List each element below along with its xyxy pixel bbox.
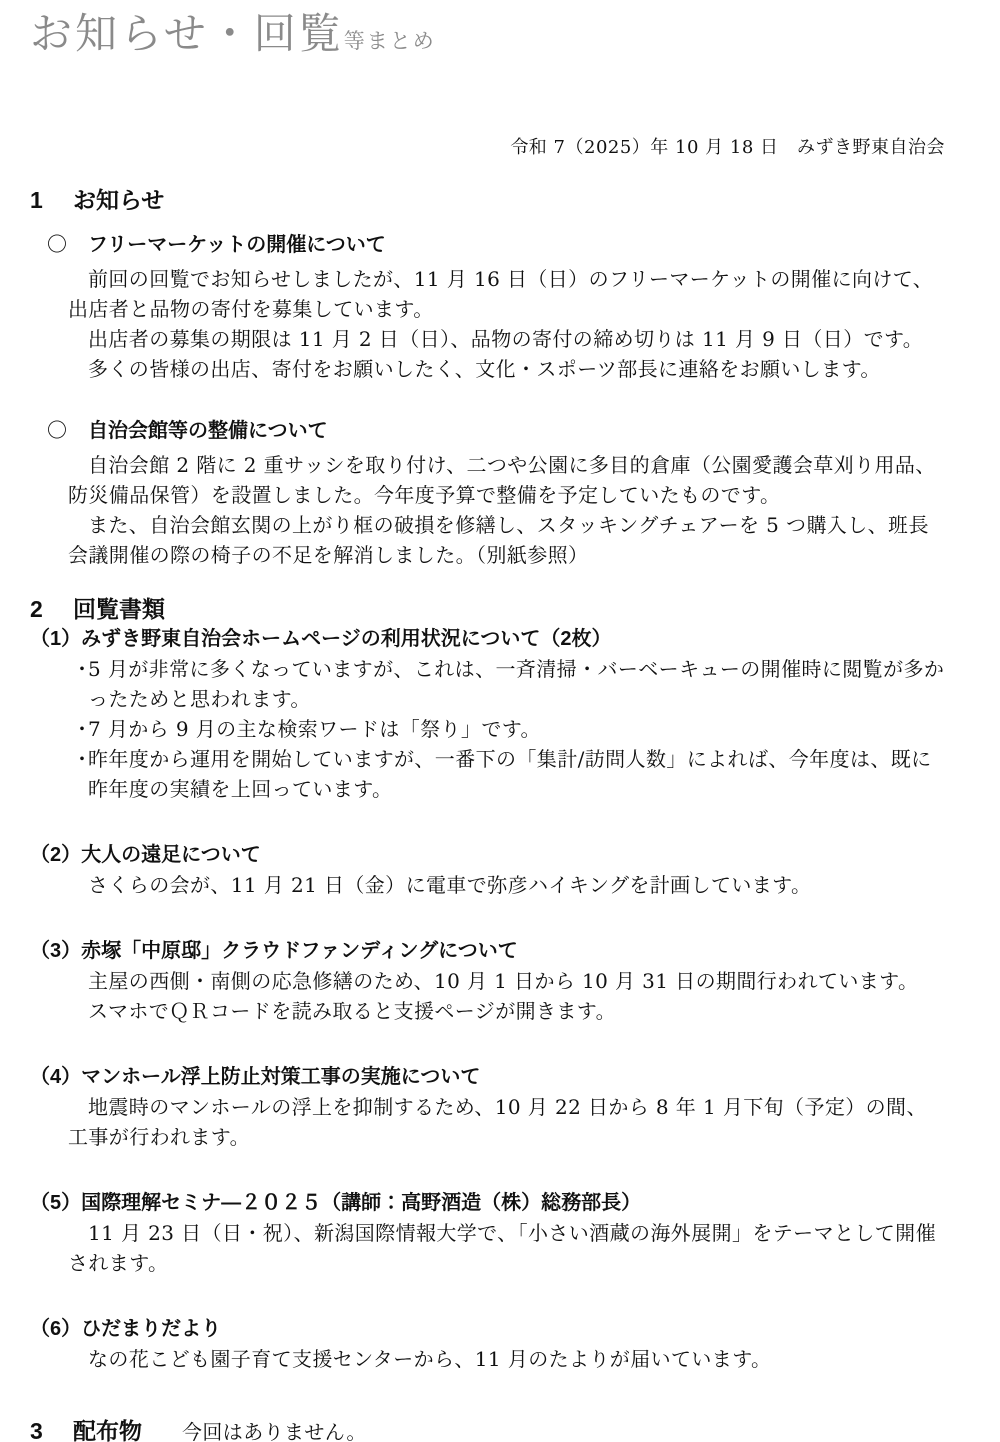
page-title: お知らせ・回覧等まとめ [30, 8, 945, 68]
circulated-item-title: ひだまりだより [81, 1314, 221, 1344]
notice-paragraph: 多くの皆様の出店、寄付をお願いしたく、文化・スポーツ部長に連絡をお願いします。 [68, 354, 945, 384]
section-circulated-heading: 2 回覧書類 [30, 594, 945, 624]
notice-paragraph: 出店者の募集の期限は 11 月 2 日（日）、品物の寄付の締め切りは 11 月 … [68, 324, 945, 354]
notice-item-title: フリーマーケットの開催について [88, 230, 386, 260]
circle-bullet-icon: 〇 [47, 416, 88, 446]
item-number-label: （4） [30, 1062, 81, 1092]
bullet-point: ・ 5 月が非常に多くなっていますが、これは、一斉清掃・バーベーキューの開催時に… [72, 654, 945, 714]
item-number-label: （2） [30, 840, 81, 870]
bullet-text: 5 月が非常に多くなっていますが、これは、一斉清掃・バーベーキューの開催時に閲覧… [88, 654, 945, 714]
page-title-main: お知らせ・回覧 [30, 10, 344, 57]
section-number: 3 [30, 1416, 73, 1442]
page-title-suffix: 等まとめ [344, 30, 436, 53]
circulated-paragraph: なの花こども園子育て支援センターから、11 月のたよりが届いています。 [68, 1344, 945, 1374]
circulated-item-title: 大人の遠足について [81, 840, 261, 870]
circulated-item-title: マンホール浮上防止対策工事の実施について [81, 1062, 480, 1092]
section-handouts-heading: 3 配布物 今回はありません。 [30, 1416, 945, 1442]
section-notices-heading: 1 お知らせ [30, 185, 945, 215]
circulated-item-heading: （2） 大人の遠足について [30, 840, 945, 870]
circle-bullet-icon: 〇 [47, 230, 88, 260]
notice-item-flea-market: 〇 フリーマーケットの開催について 前回の回覧でお知らせしましたが、11 月 1… [30, 230, 945, 384]
circulated-item-title: 赤塚「中原邸」クラウドファンディングについて [81, 936, 518, 966]
circulated-paragraph: さくらの会が、11 月 21 日（金）に電車で弥彦ハイキングを計画しています。 [68, 870, 945, 900]
circulated-item-seminar-2025: （5） 国際理解セミナ―２０２５（講師：高野酒造（株）総務部長） 11 月 23… [30, 1188, 945, 1278]
section-title: お知らせ [73, 185, 164, 215]
circulated-item-homepage-usage: （1） みずき野東自治会ホームページの利用状況について（2枚） ・ 5 月が非常… [30, 624, 945, 804]
notice-item-hall-maintenance: 〇 自治会館等の整備について 自治会館 2 階に 2 重サッシを取り付け、二つや… [30, 416, 945, 570]
section-notices: 1 お知らせ 〇 フリーマーケットの開催について 前回の回覧でお知らせしましたが… [30, 185, 945, 570]
bullet-text: 7 月から 9 月の主な検索ワードは「祭り」です。 [88, 714, 945, 744]
section-number: 2 [30, 594, 73, 624]
circulated-item-adult-excursion: （2） 大人の遠足について さくらの会が、11 月 21 日（金）に電車で弥彦ハ… [30, 840, 945, 900]
circulated-item-heading: （5） 国際理解セミナ―２０２５（講師：高野酒造（株）総務部長） [30, 1188, 945, 1218]
handouts-note: 今回はありません。 [182, 1417, 367, 1442]
dot-bullet-icon: ・ [72, 714, 88, 744]
notice-item-heading: 〇 自治会館等の整備について [47, 416, 945, 446]
section-circulated-documents: 2 回覧書類 （1） みずき野東自治会ホームページの利用状況について（2枚） ・… [30, 594, 945, 1374]
bullet-text: 昨年度から運用を開始していますが、一番下の「集計/訪問人数」によれば、今年度は、… [88, 744, 945, 804]
circulated-paragraph: スマホでＱＲコードを読み取ると支援ページが開きます。 [68, 996, 945, 1026]
circulated-item-hidamari-news: （6） ひだまりだより なの花こども園子育て支援センターから、11 月のたよりが… [30, 1314, 945, 1374]
circulated-item-title: 国際理解セミナ―２０２５（講師：高野酒造（株）総務部長） [81, 1188, 641, 1218]
circulated-item-heading: （6） ひだまりだより [30, 1314, 945, 1344]
section-title: 配布物 [73, 1416, 142, 1442]
circulated-item-heading: （3） 赤塚「中原邸」クラウドファンディングについて [30, 936, 945, 966]
notice-item-title: 自治会館等の整備について [88, 416, 328, 446]
item-number-label: （6） [30, 1314, 81, 1344]
notice-paragraph: 自治会館 2 階に 2 重サッシを取り付け、二つや公園に多目的倉庫（公園愛護会草… [68, 450, 945, 510]
item-number-label: （1） [30, 624, 81, 654]
date-and-issuer-line: 令和 7（2025）年 10 月 18 日 みずき野東自治会 [30, 138, 945, 158]
bullet-point: ・ 7 月から 9 月の主な検索ワードは「祭り」です。 [72, 714, 945, 744]
circulated-item-heading: （4） マンホール浮上防止対策工事の実施について [30, 1062, 945, 1092]
circulated-paragraph: 11 月 23 日（日・祝）、新潟国際情報大学で、「小さい酒蔵の海外展開」をテー… [68, 1218, 945, 1278]
section-handouts: 3 配布物 今回はありません。 [30, 1416, 945, 1442]
circulated-item-crowdfunding: （3） 赤塚「中原邸」クラウドファンディングについて 主屋の西側・南側の応急修繕… [30, 936, 945, 1026]
bullet-point: ・ 昨年度から運用を開始していますが、一番下の「集計/訪問人数」によれば、今年度… [72, 744, 945, 804]
section-title: 回覧書類 [73, 594, 165, 624]
circulated-paragraph: 地震時のマンホールの浮上を抑制するため、10 月 22 日から 8 年 1 月下… [68, 1092, 945, 1152]
circulated-item-title: みずき野東自治会ホームページの利用状況について（2枚） [81, 624, 611, 654]
document-page: お知らせ・回覧等まとめ 令和 7（2025）年 10 月 18 日 みずき野東自… [0, 0, 1000, 1442]
notice-item-heading: 〇 フリーマーケットの開催について [47, 230, 945, 260]
dot-bullet-icon: ・ [72, 744, 88, 804]
item-number-label: （5） [30, 1188, 81, 1218]
item-number-label: （3） [30, 936, 81, 966]
dot-bullet-icon: ・ [72, 654, 88, 714]
notice-paragraph: 前回の回覧でお知らせしましたが、11 月 16 日（日）のフリーマーケットの開催… [68, 264, 945, 324]
circulated-paragraph: 主屋の西側・南側の応急修繕のため、10 月 1 日から 10 月 31 日の期間… [68, 966, 945, 996]
circulated-item-manhole-works: （4） マンホール浮上防止対策工事の実施について 地震時のマンホールの浮上を抑制… [30, 1062, 945, 1152]
circulated-item-heading: （1） みずき野東自治会ホームページの利用状況について（2枚） [30, 624, 945, 654]
section-number: 1 [30, 185, 73, 215]
notice-paragraph: また、自治会館玄関の上がり框の破損を修繕し、スタッキングチェアーを 5 つ購入し… [68, 510, 945, 570]
